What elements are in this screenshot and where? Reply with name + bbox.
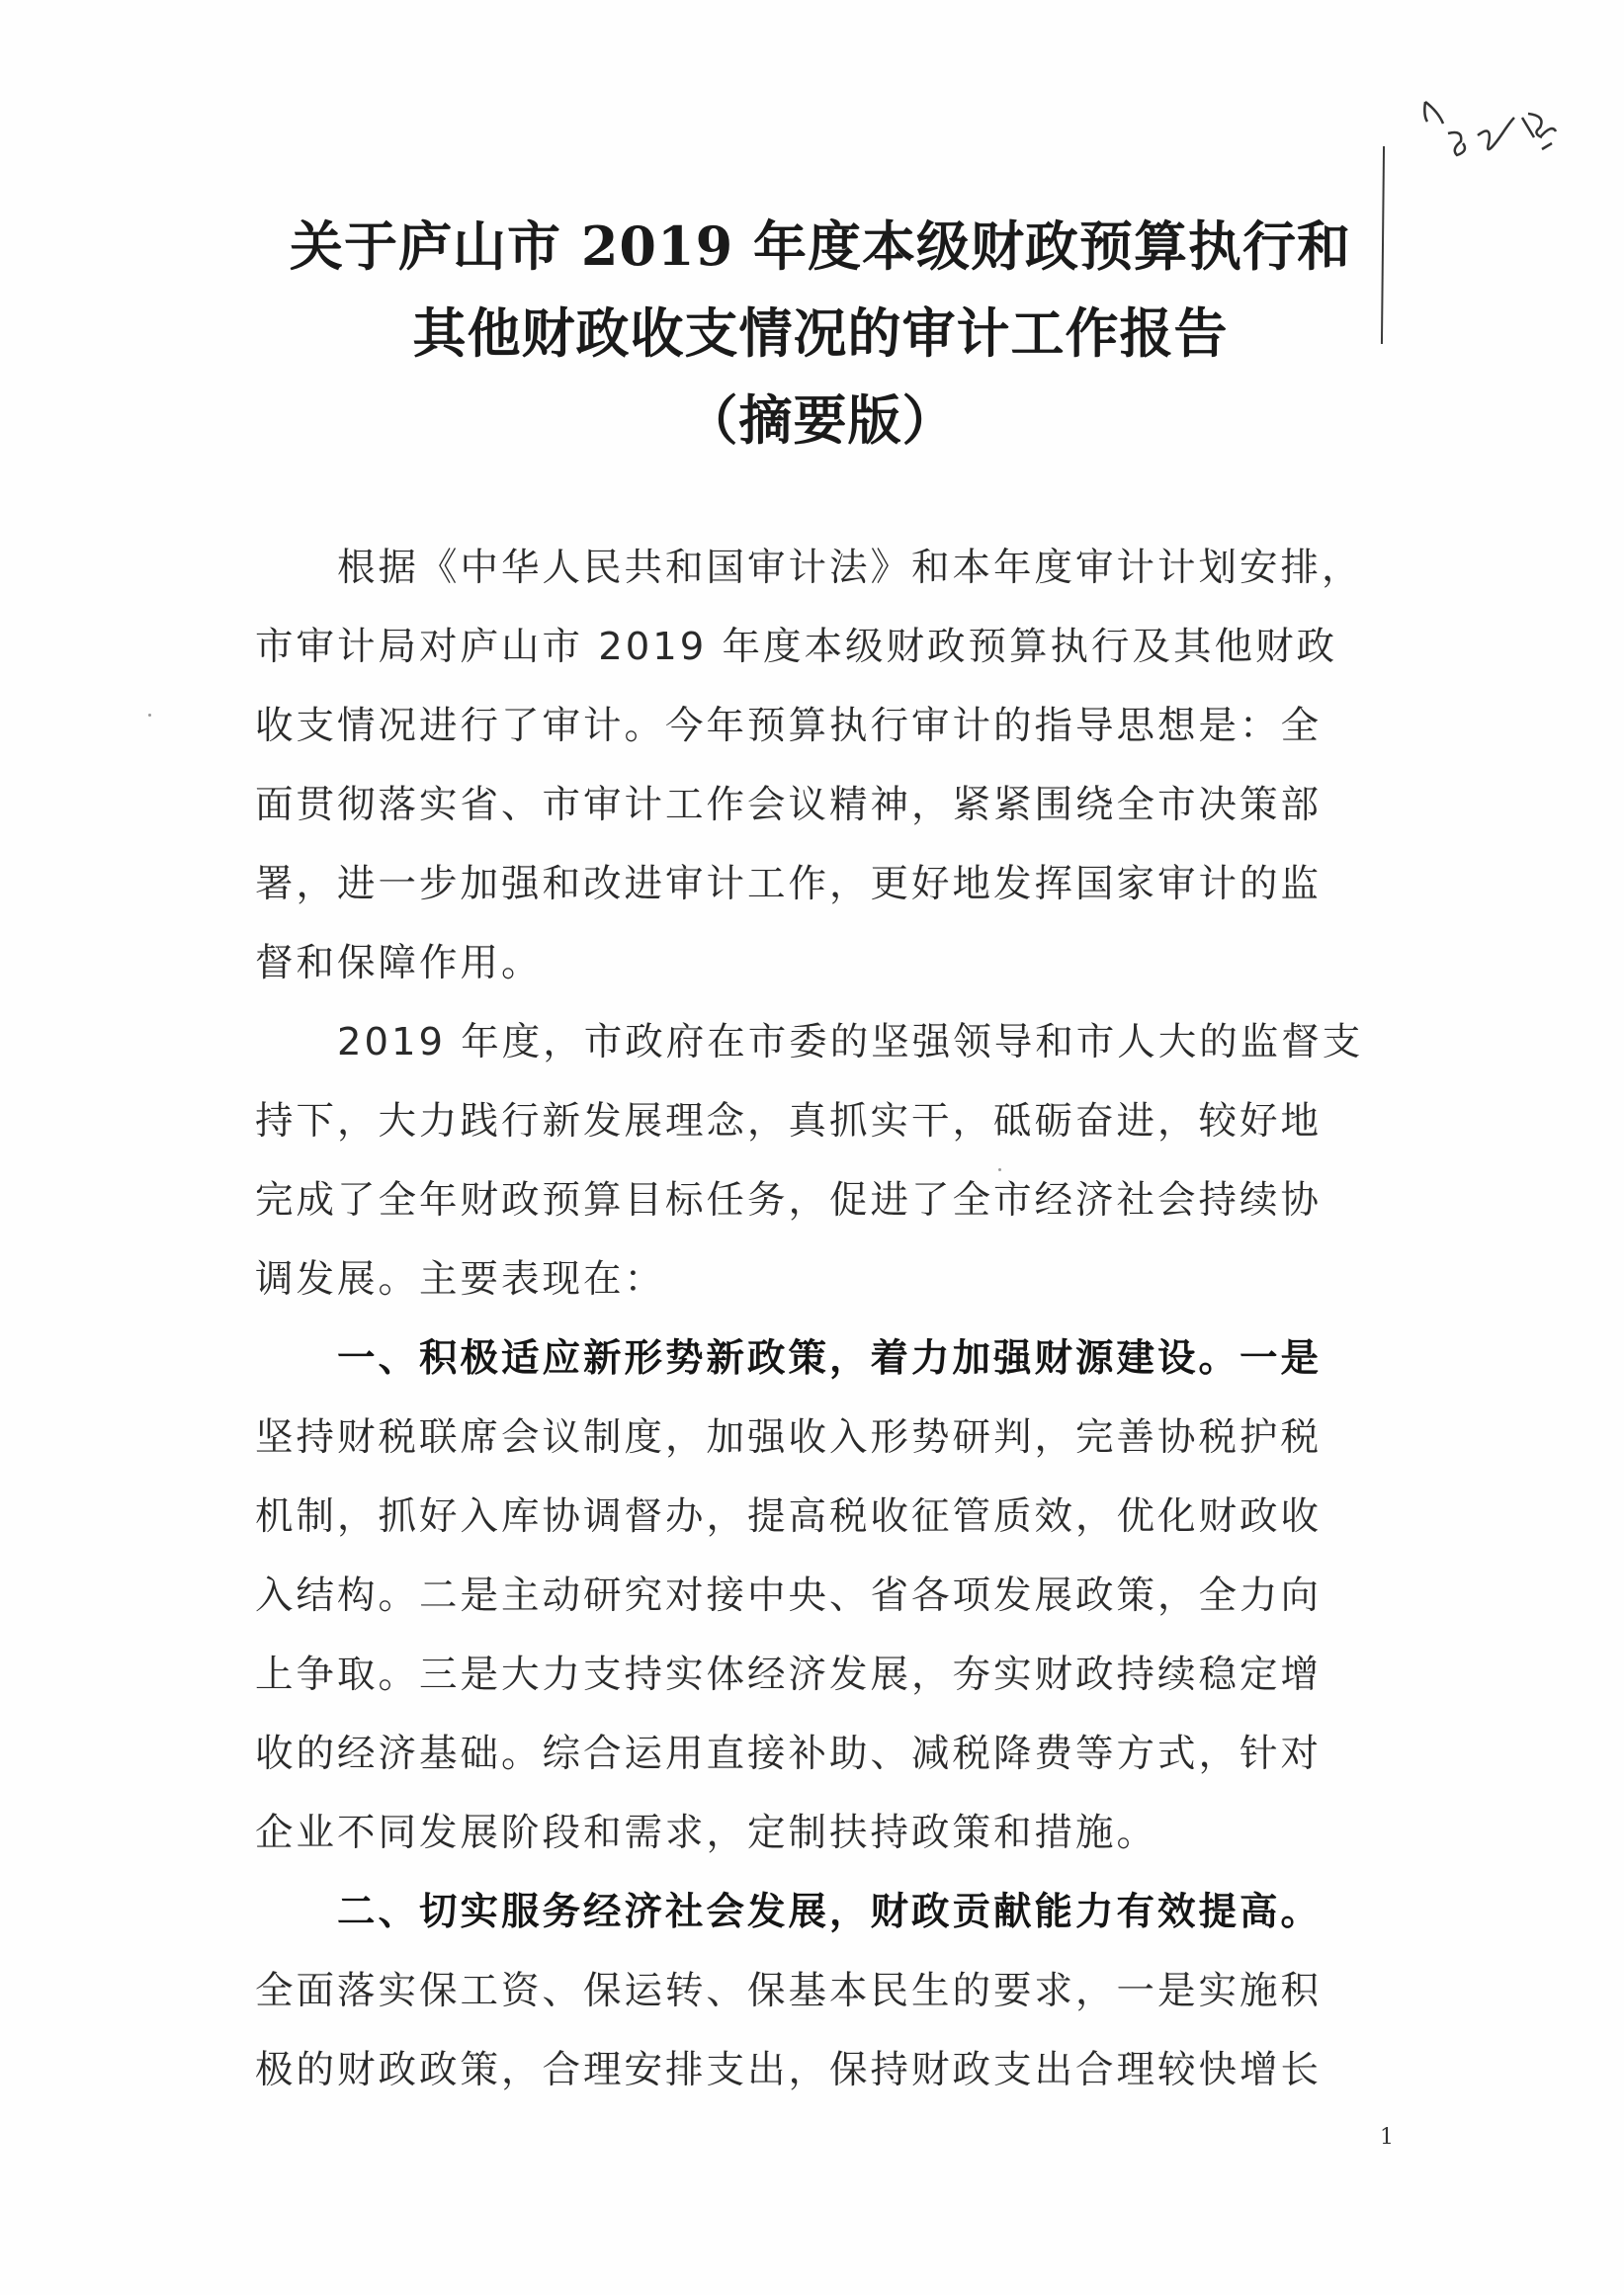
document-title: 关于庐山市 2019 年度本级财政预算执行和 其他财政收支情况的审计工作报告 （… (247, 203, 1394, 464)
text-line: 市审计局对庐山市 2019 年度本级财政预算执行及其他财政 (255, 608, 1387, 687)
text-line: 入结构。二是主动研究对接中央、省各项发展政策，全力向 (255, 1557, 1387, 1636)
title-line: 其他财政收支情况的审计工作报告 (247, 290, 1394, 377)
text-line: 2019 年度，市政府在市委的坚强领导和市人大的监督支 (255, 1003, 1387, 1082)
text-line: 持下，大力践行新发展理念，真抓实干，砥砺奋进，较好地 (255, 1082, 1387, 1161)
paragraph-section-2: 二、切实服务经济社会发展，财政贡献能力有效提高。 全面落实保工资、保运转、保基本… (255, 1873, 1387, 2110)
scan-speck (148, 714, 151, 717)
text-line: 面贯彻落实省、市审计工作会议精神，紧紧围绕全市决策部 (255, 766, 1387, 845)
page-number: 1 (1380, 2125, 1394, 2150)
handwritten-signature-icon (1394, 94, 1591, 183)
text-line: 机制，抓好入库协调督办，提高税收征管质效，优化财政收 (255, 1478, 1387, 1557)
section-heading-line: 一、积极适应新形势新政策，着力加强财源建设。一是 (255, 1319, 1387, 1399)
text-line: 收支情况进行了审计。今年预算执行审计的指导思想是：全 (255, 687, 1387, 766)
document-body: 根据《中华人民共和国审计法》和本年度审计计划安排， 市审计局对庐山市 2019 … (255, 529, 1387, 2110)
text-line: 完成了全年财政预算目标任务，促进了全市经济社会持续协 (255, 1161, 1387, 1240)
text-line: 坚持财税联席会议制度，加强收入形势研判，完善协税护税 (255, 1399, 1387, 1478)
text-line: 上争取。三是大力支持实体经济发展，夯实财政持续稳定增 (255, 1636, 1387, 1715)
paragraph-intro: 根据《中华人民共和国审计法》和本年度审计计划安排， 市审计局对庐山市 2019 … (255, 529, 1387, 1003)
title-line: 关于庐山市 2019 年度本级财政预算执行和 (247, 203, 1394, 290)
text-line: 企业不同发展阶段和需求，定制扶持政策和措施。 (255, 1794, 1387, 1873)
text-line: 极的财政政策，合理安排支出，保持财政支出合理较快增长 (255, 2031, 1387, 2110)
text-line: 署，进一步加强和改进审计工作，更好地发挥国家审计的监 (255, 845, 1387, 924)
text-line: 调发展。主要表现在： (255, 1240, 1387, 1319)
title-line: （摘要版） (247, 377, 1394, 464)
text-line: 收的经济基础。综合运用直接补助、减税降费等方式，针对 (255, 1715, 1387, 1794)
text-line: 督和保障作用。 (255, 924, 1387, 1003)
text-line: 根据《中华人民共和国审计法》和本年度审计计划安排， (255, 529, 1387, 608)
scan-speck (998, 1168, 1001, 1171)
paragraph-section-1: 一、积极适应新形势新政策，着力加强财源建设。一是 坚持财税联席会议制度，加强收入… (255, 1319, 1387, 1873)
paragraph-overview: 2019 年度，市政府在市委的坚强领导和市人大的监督支 持下，大力践行新发展理念… (255, 1003, 1387, 1319)
text-line: 全面落实保工资、保运转、保基本民生的要求，一是实施积 (255, 1952, 1387, 2031)
document-page: 关于庐山市 2019 年度本级财政预算执行和 其他财政收支情况的审计工作报告 （… (0, 0, 1624, 2295)
section-heading-line: 二、切实服务经济社会发展，财政贡献能力有效提高。 (255, 1873, 1387, 1952)
